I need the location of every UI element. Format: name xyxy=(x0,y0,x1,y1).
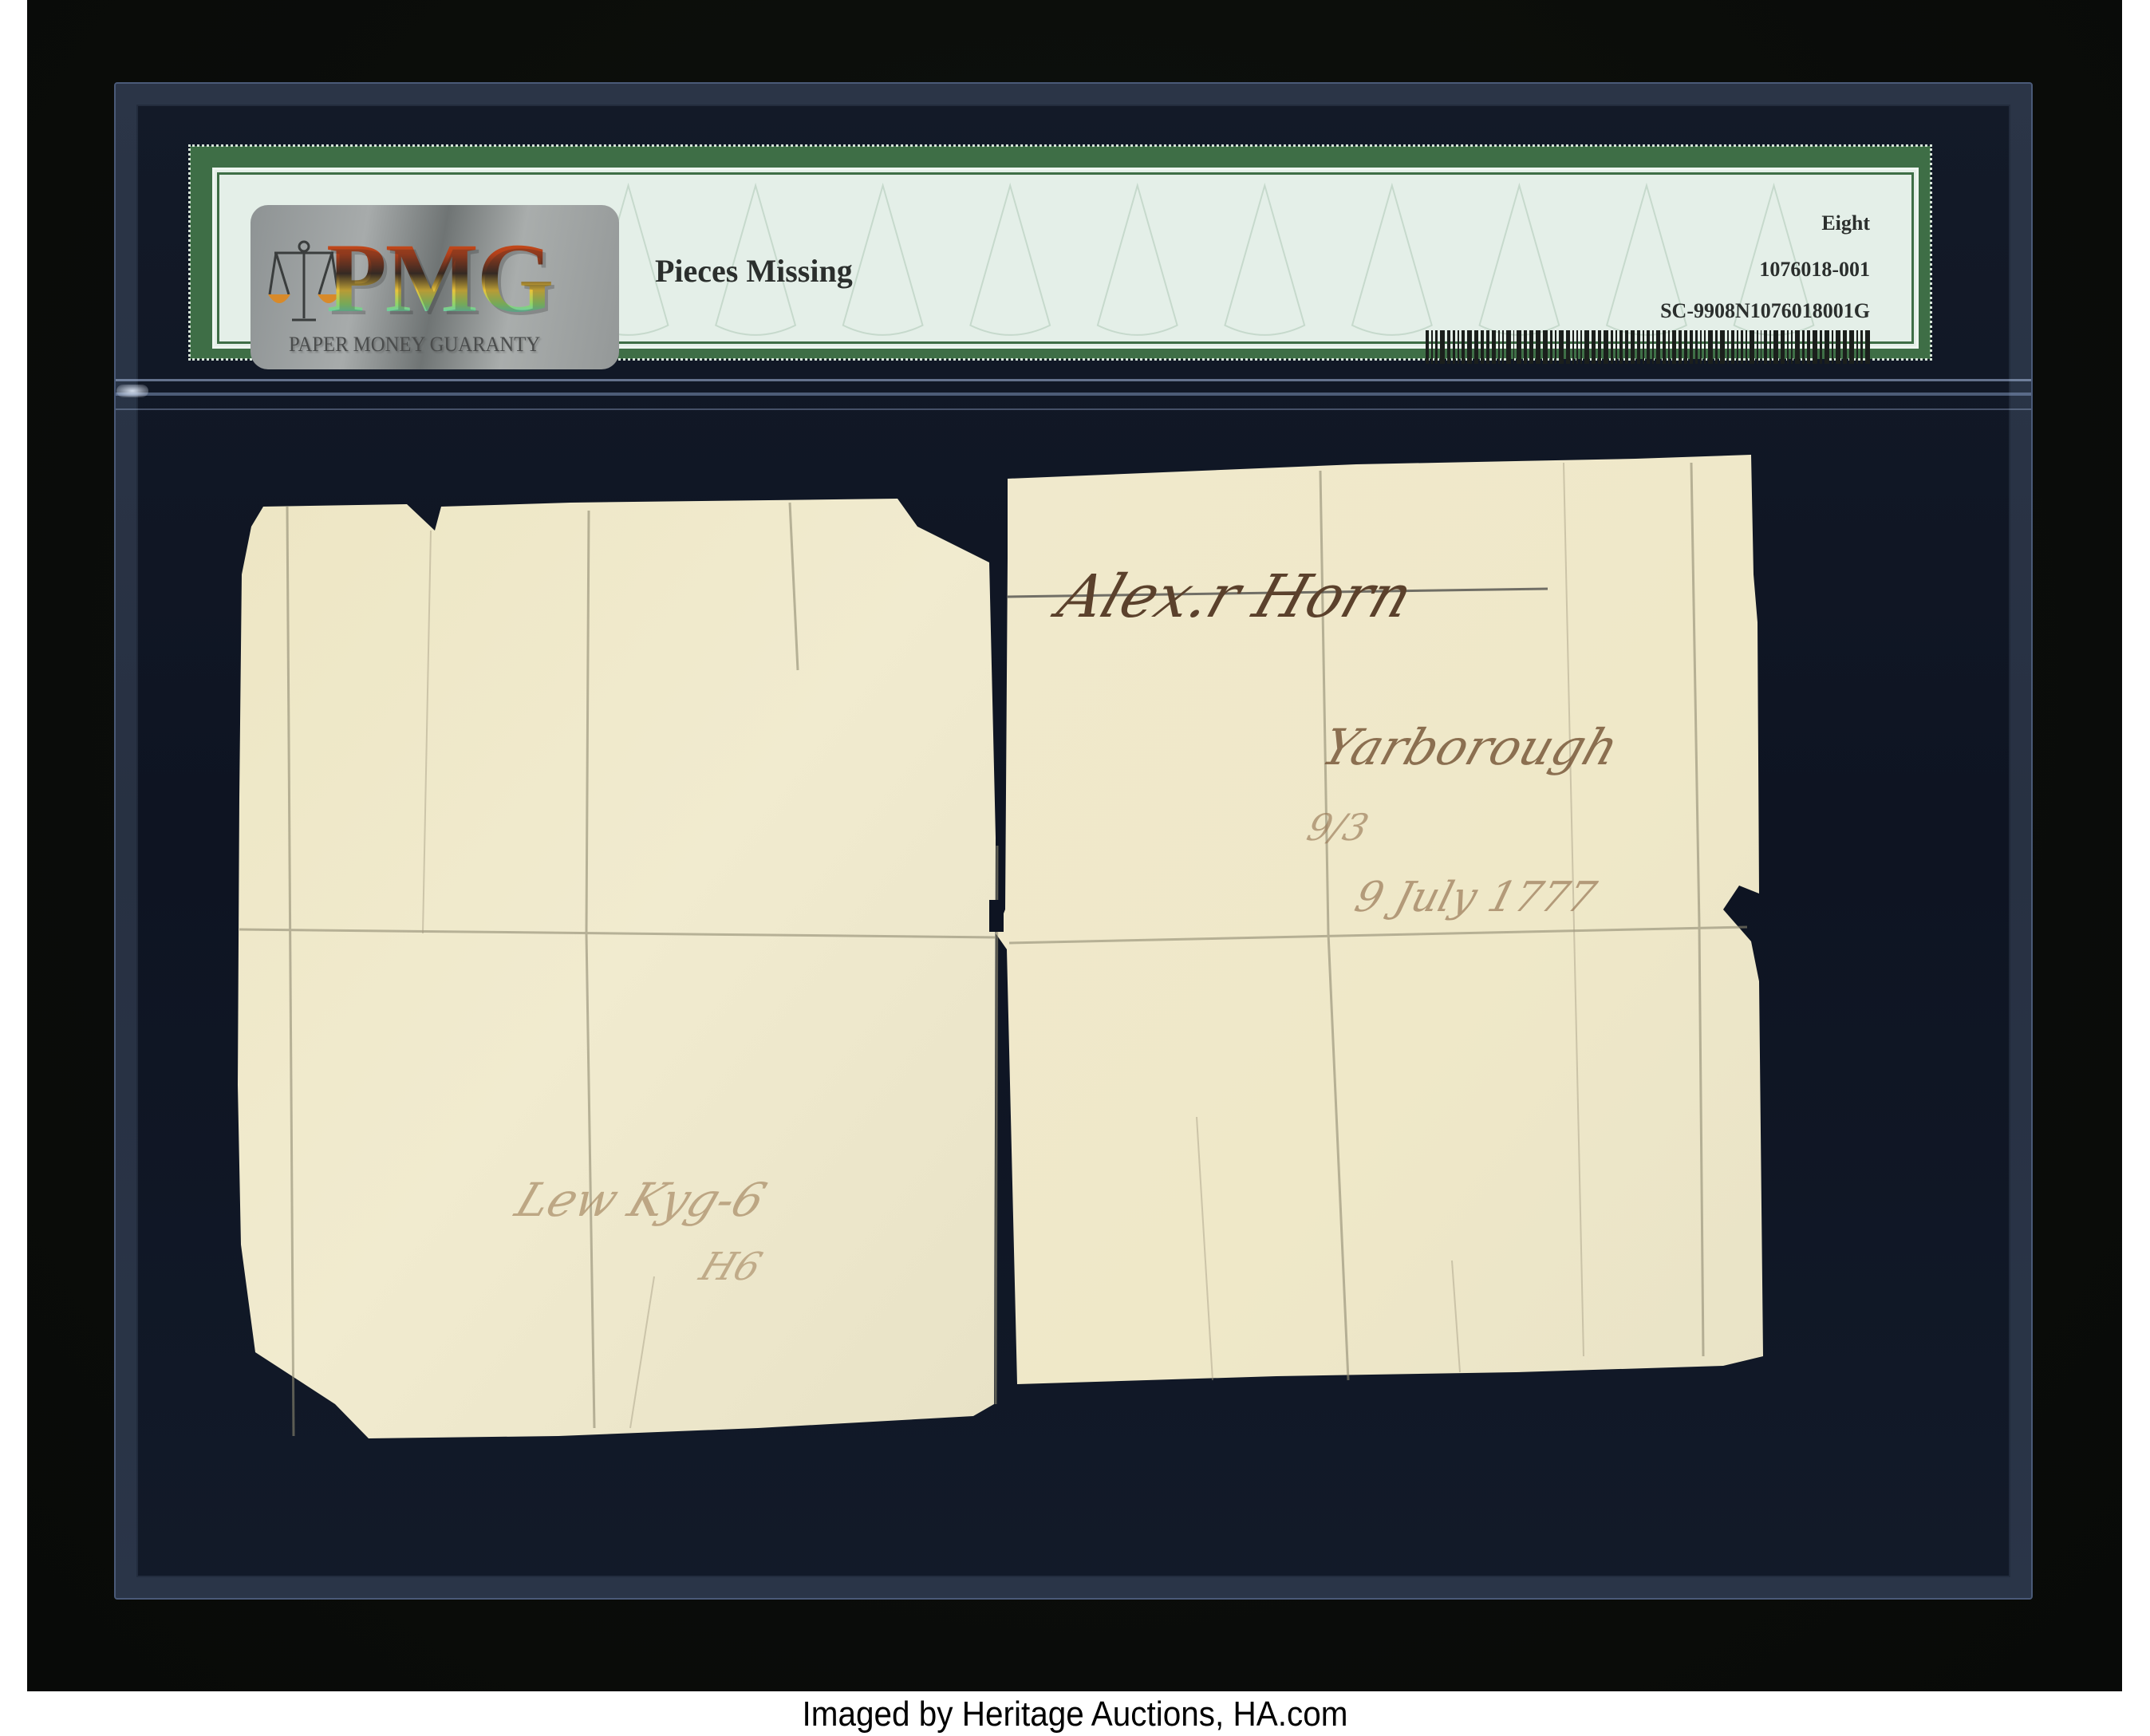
image-credit-caption: Imaged by Heritage Auctions, HA.com xyxy=(86,1693,2064,1736)
signature: Alex.r Horn xyxy=(1050,562,1421,631)
place-inscription: Yarborough xyxy=(1315,718,1626,776)
number-inscription: 9/3 xyxy=(1303,806,1374,849)
lower-inscription: Lew Kyg-6 xyxy=(509,1173,774,1227)
note-paper xyxy=(0,0,2150,1736)
date-inscription: 9 July 1777 xyxy=(1350,874,1601,921)
